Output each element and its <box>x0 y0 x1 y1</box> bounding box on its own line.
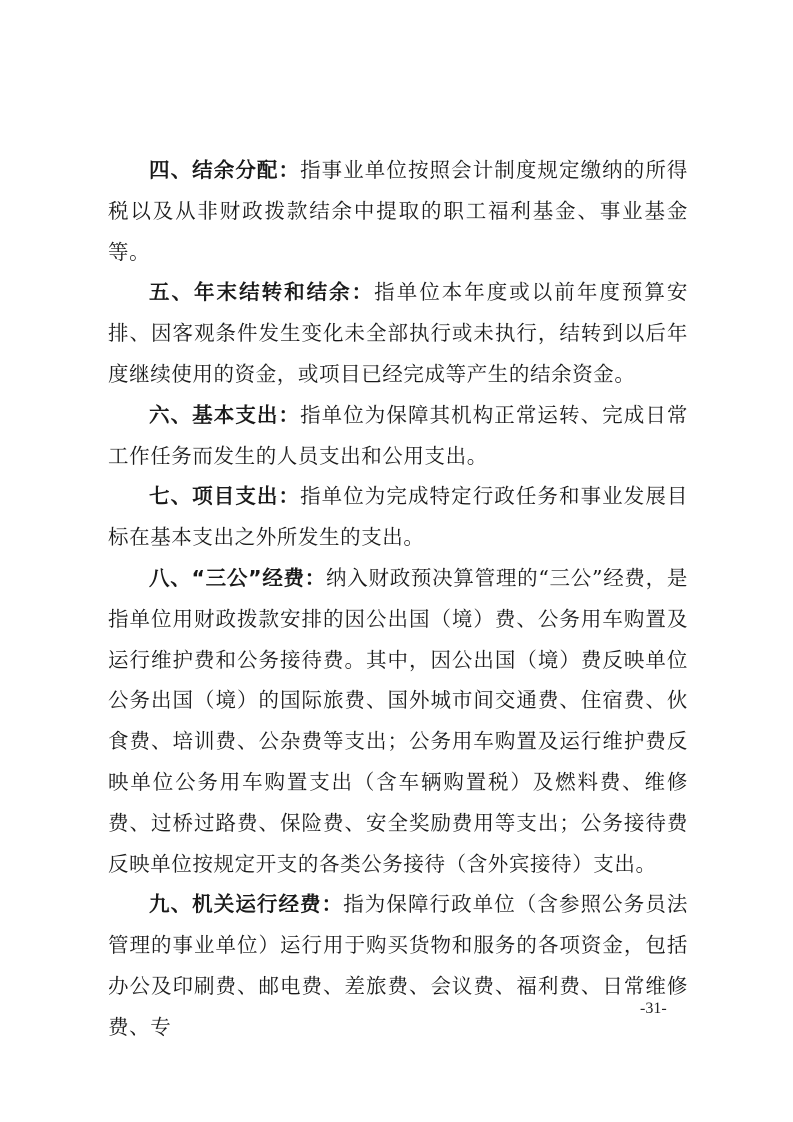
paragraph-three-public-expenses: 八、“三公”经费：纳入财政预决算管理的“三公”经费，是指单位用财政拨款安排的因公… <box>108 558 688 884</box>
page-number: -31- <box>640 1000 667 1018</box>
term-heading: 五、年末结转和结余： <box>149 280 374 304</box>
term-heading: 八、“三公”经费： <box>149 566 326 590</box>
paragraph-basic-expenditure: 六、基本支出：指单位为保障其机构正常运转、完成日常工作任务而发生的人员支出和公用… <box>108 395 688 477</box>
document-page: 四、结余分配：指事业单位按照会计制度规定缴纳的所得税以及从非财政拨款结余中提取的… <box>108 150 688 1048</box>
term-heading: 七、项目支出： <box>149 484 300 508</box>
paragraph-surplus-distribution: 四、结余分配：指事业单位按照会计制度规定缴纳的所得税以及从非财政拨款结余中提取的… <box>108 150 688 272</box>
term-heading: 六、基本支出： <box>149 403 300 427</box>
definition-text: 纳入财政预决算管理的“三公”经费，是指单位用财政拨款安排的因公出国（境）费、公务… <box>108 566 688 876</box>
paragraph-operating-expenses: 九、机关运行经费：指为保障行政单位（含参照公务员法管理的事业单位）运行用于购买货… <box>108 884 688 1047</box>
paragraph-year-end-carryover: 五、年末结转和结余：指单位本年度或以前年度预算安排、因客观条件发生变化未全部执行… <box>108 272 688 394</box>
paragraph-project-expenditure: 七、项目支出：指单位为完成特定行政任务和事业发展目标在基本支出之外所发生的支出。 <box>108 476 688 558</box>
term-heading: 四、结余分配： <box>149 158 300 182</box>
term-heading: 九、机关运行经费： <box>149 892 343 916</box>
